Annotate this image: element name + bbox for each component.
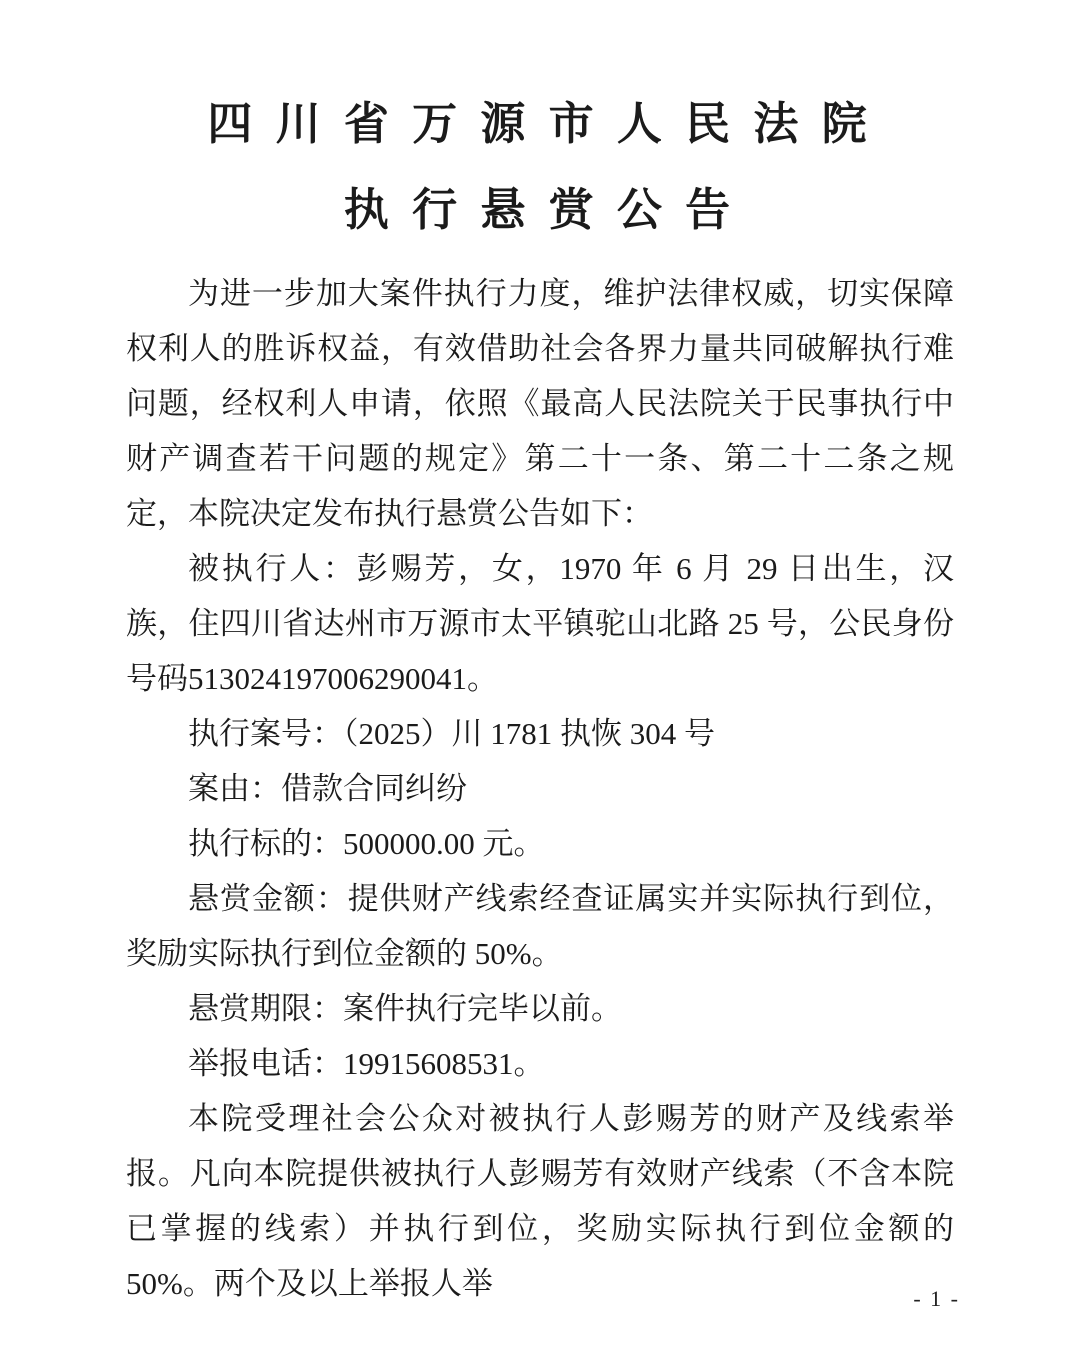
paragraph-intro: 为进一步加大案件执行力度，维护法律权威，切实保障权利人的胜诉权益，有效借助社会各… [126,266,954,541]
page-number: - 1 - [913,1286,960,1312]
paragraph-case-number: 执行案号：（2025）川 1781 执恢 304 号 [126,706,954,761]
announcement-title: 执 行 悬 赏 公 告 [0,178,1080,242]
paragraph-reward-period: 悬赏期限：案件执行完毕以前。 [126,981,954,1036]
court-name-title: 四 川 省 万 源 市 人 民 法 院 [0,92,1080,156]
paragraph-cause-of-action: 案由：借款合同纠纷 [126,761,954,816]
paragraph-reward-amount: 悬赏金额：提供财产线索经查证属实并实际执行到位，奖励实际执行到位金额的 50%。 [126,871,954,981]
paragraph-report-phone: 举报电话：19915608531。 [126,1036,954,1091]
document-body: 为进一步加大案件执行力度，维护法律权威，切实保障权利人的胜诉权益，有效借助社会各… [126,266,954,1311]
paragraph-reporting-rules: 本院受理社会公众对被执行人彭赐芳的财产及线索举报。凡向本院提供被执行人彭赐芳有效… [126,1091,954,1311]
paragraph-judgment-debtor: 被执行人：彭赐芳，女，1970 年 6 月 29 日出生，汉族，住四川省达州市万… [126,541,954,706]
document-page: 四 川 省 万 源 市 人 民 法 院 执 行 悬 赏 公 告 为进一步加大案件… [0,0,1080,1354]
document-title-block: 四 川 省 万 源 市 人 民 法 院 执 行 悬 赏 公 告 [0,0,1080,242]
paragraph-execution-target: 执行标的：500000.00 元。 [126,816,954,871]
